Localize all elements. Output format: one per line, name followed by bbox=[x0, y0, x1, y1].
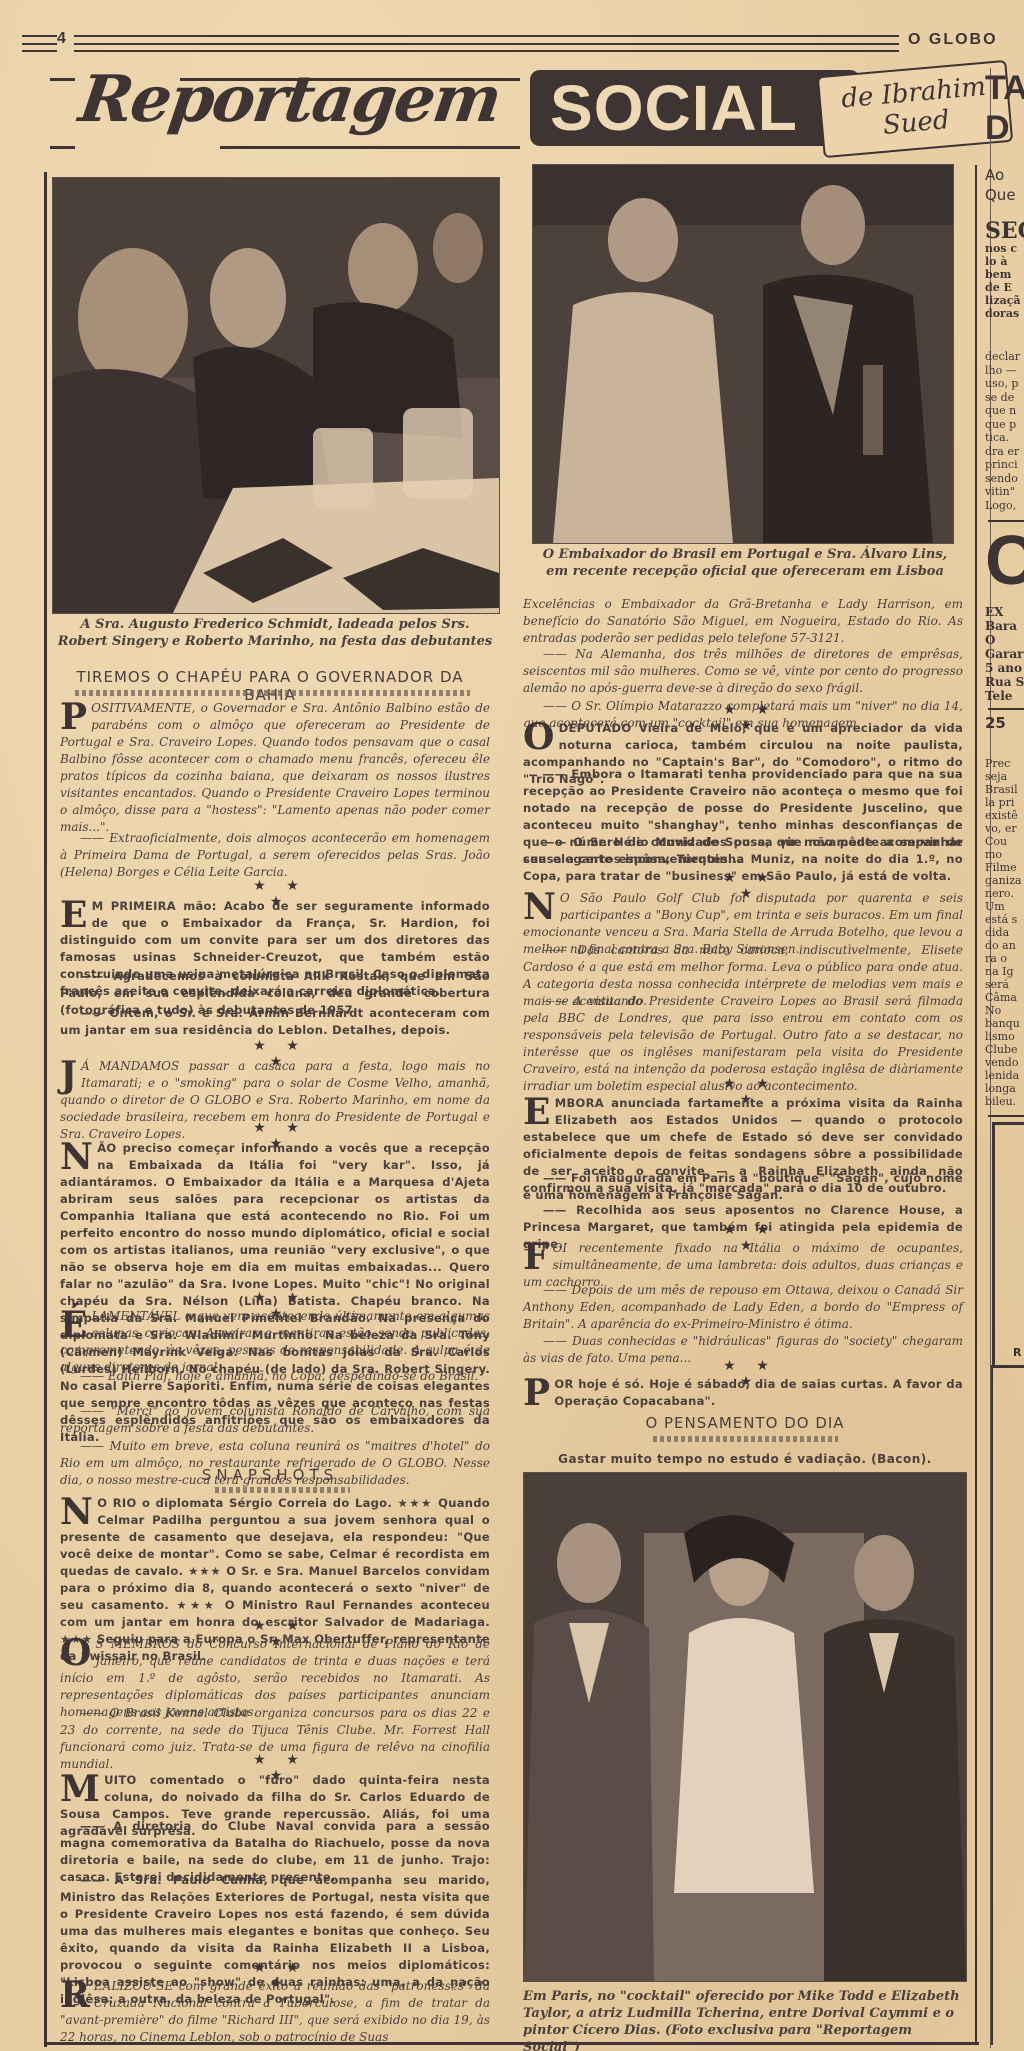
quote-of-the-day: Gastar muito tempo no estudo é vadiação.… bbox=[530, 1452, 960, 1466]
column-title-script: Reportagem bbox=[75, 62, 505, 137]
edge-boxed-ad: R bbox=[992, 1122, 1024, 1368]
right-column-border bbox=[975, 165, 977, 2045]
article-extraoficialmente: —— Extraoficialmente, dois almoços acont… bbox=[60, 830, 490, 881]
section-underline bbox=[75, 690, 470, 696]
article-ontem: —— Ontem, o Sr. e Sra. Armin Bernhardt a… bbox=[60, 1005, 490, 1039]
edge-divider-rule bbox=[988, 708, 1024, 710]
section-underline bbox=[215, 1487, 350, 1493]
article-positivamente: POSITIVAMENTE, o Governador e Sra. Antôn… bbox=[60, 700, 490, 836]
drop-cap: N bbox=[523, 892, 556, 922]
drop-cap: E bbox=[60, 900, 88, 930]
section-title-governador: TIREMOS O CHAPÉU PARA O GOVERNADOR DA BA… bbox=[60, 668, 480, 704]
drop-cap: R bbox=[60, 1980, 90, 2010]
edge-column-rule bbox=[991, 1365, 993, 2045]
article-merci: —— "Merci" ao jovem colunista Ronaldo de… bbox=[60, 1403, 490, 1437]
edge-divider-rule bbox=[988, 1115, 1024, 1117]
drop-cap: É bbox=[60, 1310, 87, 1340]
photo-lisbon-reception bbox=[532, 164, 954, 544]
article-alemanha: —— Na Alemanha, dos três milhões de dire… bbox=[523, 646, 963, 697]
photo-lisbon-caption: O Embaixador do Brasil em Portugal e Sra… bbox=[530, 546, 960, 580]
edge-article-1: SEG nos c lo à bem de E lizaçã doras bbox=[985, 220, 1024, 320]
photo-paris-caption: Em Paris, no "cocktail" oferecido por Mi… bbox=[523, 1988, 963, 2051]
edge-article-3: Prec seja Brasil la pri existê vo, er Co… bbox=[985, 757, 1024, 1108]
article-excelencias: Excelências o Embaixador da Grã-Bretanha… bbox=[523, 596, 963, 647]
photo-paris-cocktail bbox=[523, 1472, 967, 1982]
edge-headline: TA D bbox=[985, 68, 1024, 148]
article-anthony-eden: —— Depois de um mês de repouso em Ottawa… bbox=[523, 1282, 963, 1333]
section-title-snapshots: SNAPSHOTS bbox=[60, 1466, 480, 1484]
drop-cap: O bbox=[60, 1638, 91, 1668]
photo-image bbox=[524, 1473, 966, 1981]
article-por-hoje: POR hoje é só. Hoje é sábado, dia de sai… bbox=[523, 1376, 963, 1410]
newspaper-name: O GLOBO bbox=[908, 31, 998, 49]
drop-cap: M bbox=[60, 1774, 100, 1804]
article-realizou-se: REALIZOU-SE com grande êxito a reunião d… bbox=[60, 1978, 490, 2046]
left-column-border bbox=[44, 172, 47, 2047]
column-masthead: Reportagem SOCIAL de Ibrahim Sued bbox=[25, 62, 975, 162]
drop-cap: P bbox=[523, 1378, 550, 1408]
top-rule bbox=[22, 33, 967, 53]
edge-date: 25 bbox=[985, 714, 1006, 732]
byline: de Ibrahim Sued bbox=[817, 60, 1013, 158]
edge-article-2: declar lho — uso, p se de que n que p ti… bbox=[985, 350, 1024, 512]
edge-divider-rule bbox=[988, 520, 1024, 522]
photo-image bbox=[53, 178, 499, 613]
edge-ad-letter: C bbox=[985, 525, 1024, 595]
drop-cap: E bbox=[523, 1097, 551, 1127]
edge-subhead: Ao Que bbox=[985, 165, 1024, 205]
article-lamentavel: É LAMENTÁVEL o que vem acontecendo últim… bbox=[60, 1308, 490, 1376]
edge-ad-lines: EX Bara O Garar 5 ano Rua S Tele bbox=[985, 605, 1024, 703]
photo-debutantes-caption: A Sra. Augusto Frederico Schmidt, ladead… bbox=[55, 616, 495, 650]
drop-cap: P bbox=[60, 702, 87, 732]
column-title-block: SOCIAL bbox=[530, 70, 860, 146]
page-number: 4 bbox=[57, 30, 66, 48]
drop-cap: O bbox=[523, 722, 555, 752]
drop-cap: F bbox=[523, 1242, 549, 1272]
photo-debutantes-party bbox=[52, 177, 500, 614]
section-title-pensamento: O PENSAMENTO DO DIA bbox=[530, 1414, 960, 1432]
drop-cap: N bbox=[60, 1142, 93, 1172]
article-edith-piaf: —— Edith Piaf, hoje e amanhã, no Copa, d… bbox=[60, 1368, 490, 1385]
photo-image bbox=[533, 165, 953, 543]
drop-cap: J bbox=[60, 1060, 77, 1090]
drop-cap: N bbox=[60, 1497, 93, 1527]
article-boutique-sagan: —— Foi inaugurada em Paris a "boutique" … bbox=[523, 1170, 963, 1204]
section-underline bbox=[653, 1436, 838, 1442]
